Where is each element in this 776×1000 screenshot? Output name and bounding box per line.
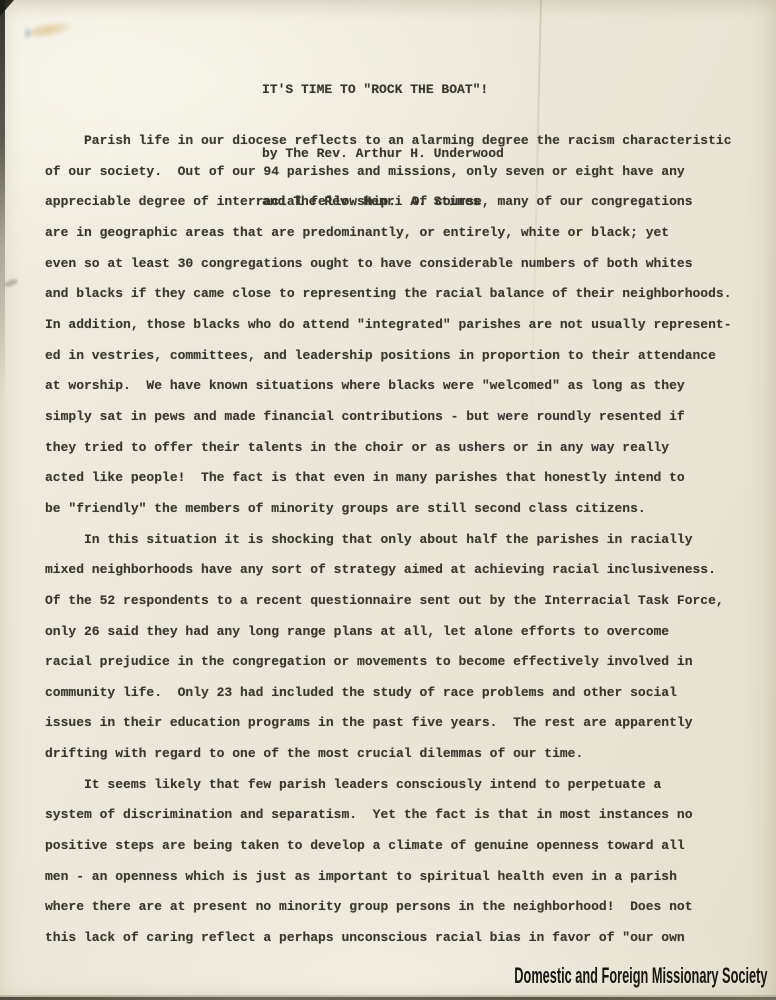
text-line: issues in their education programs in th… — [45, 708, 732, 739]
text-line: Of the 52 respondents to a recent questi… — [45, 586, 732, 617]
text-line: only 26 said they had any long range pla… — [45, 617, 732, 648]
text-line: appreciable degree of interracial fellow… — [45, 187, 732, 218]
scan-corner-mark — [0, 0, 14, 16]
watermark-credit: Domestic and Foreign Missionary Society — [514, 963, 767, 989]
text-line: drifting with regard to one of the most … — [45, 739, 732, 770]
text-line: where there are at present no minority g… — [45, 892, 732, 923]
text-line: and blacks if they came close to represe… — [45, 279, 732, 310]
scan-edge-left — [0, 0, 5, 400]
text-line: men - an openness which is just as impor… — [45, 862, 732, 893]
text-line: In this situation it is shocking that on… — [45, 525, 732, 556]
pencil-smudge — [3, 278, 18, 288]
text-line: of our society. Out of our 94 parishes a… — [45, 157, 732, 188]
document-body: Parish life in our diocese reflects to a… — [45, 126, 732, 954]
text-line: Parish life in our diocese reflects to a… — [45, 126, 732, 157]
text-line: this lack of caring reflect a perhaps un… — [45, 923, 732, 954]
text-line: be "friendly" the members of minority gr… — [45, 494, 732, 525]
text-line: simply sat in pews and made financial co… — [45, 402, 732, 433]
text-line: system of discrimination and separatism.… — [45, 800, 732, 831]
paper-stain — [27, 18, 75, 41]
text-line: mixed neighborhoods have any sort of str… — [45, 555, 732, 586]
text-line: positive steps are being taken to develo… — [45, 831, 732, 862]
text-line: ed in vestries, committees, and leadersh… — [45, 341, 732, 372]
text-line: at worship. We have known situations whe… — [45, 371, 732, 402]
text-line: acted like people! The fact is that even… — [45, 463, 732, 494]
text-line: In addition, those blacks who do attend … — [45, 310, 732, 341]
text-line: even so at least 30 congregations ought … — [45, 249, 732, 280]
text-line: community life. Only 23 had included the… — [45, 678, 732, 709]
text-line: It seems likely that few parish leaders … — [45, 770, 732, 801]
document-title: IT'S TIME TO "ROCK THE BOAT"! — [262, 82, 504, 98]
document-page: IT'S TIME TO "ROCK THE BOAT"! by The Rev… — [0, 0, 776, 1000]
text-line: are in geographic areas that are predomi… — [45, 218, 732, 249]
paper-fleck — [23, 26, 32, 40]
text-line: racial prejudice in the congregation or … — [45, 647, 732, 678]
text-line: they tried to offer their talents in the… — [45, 433, 732, 464]
